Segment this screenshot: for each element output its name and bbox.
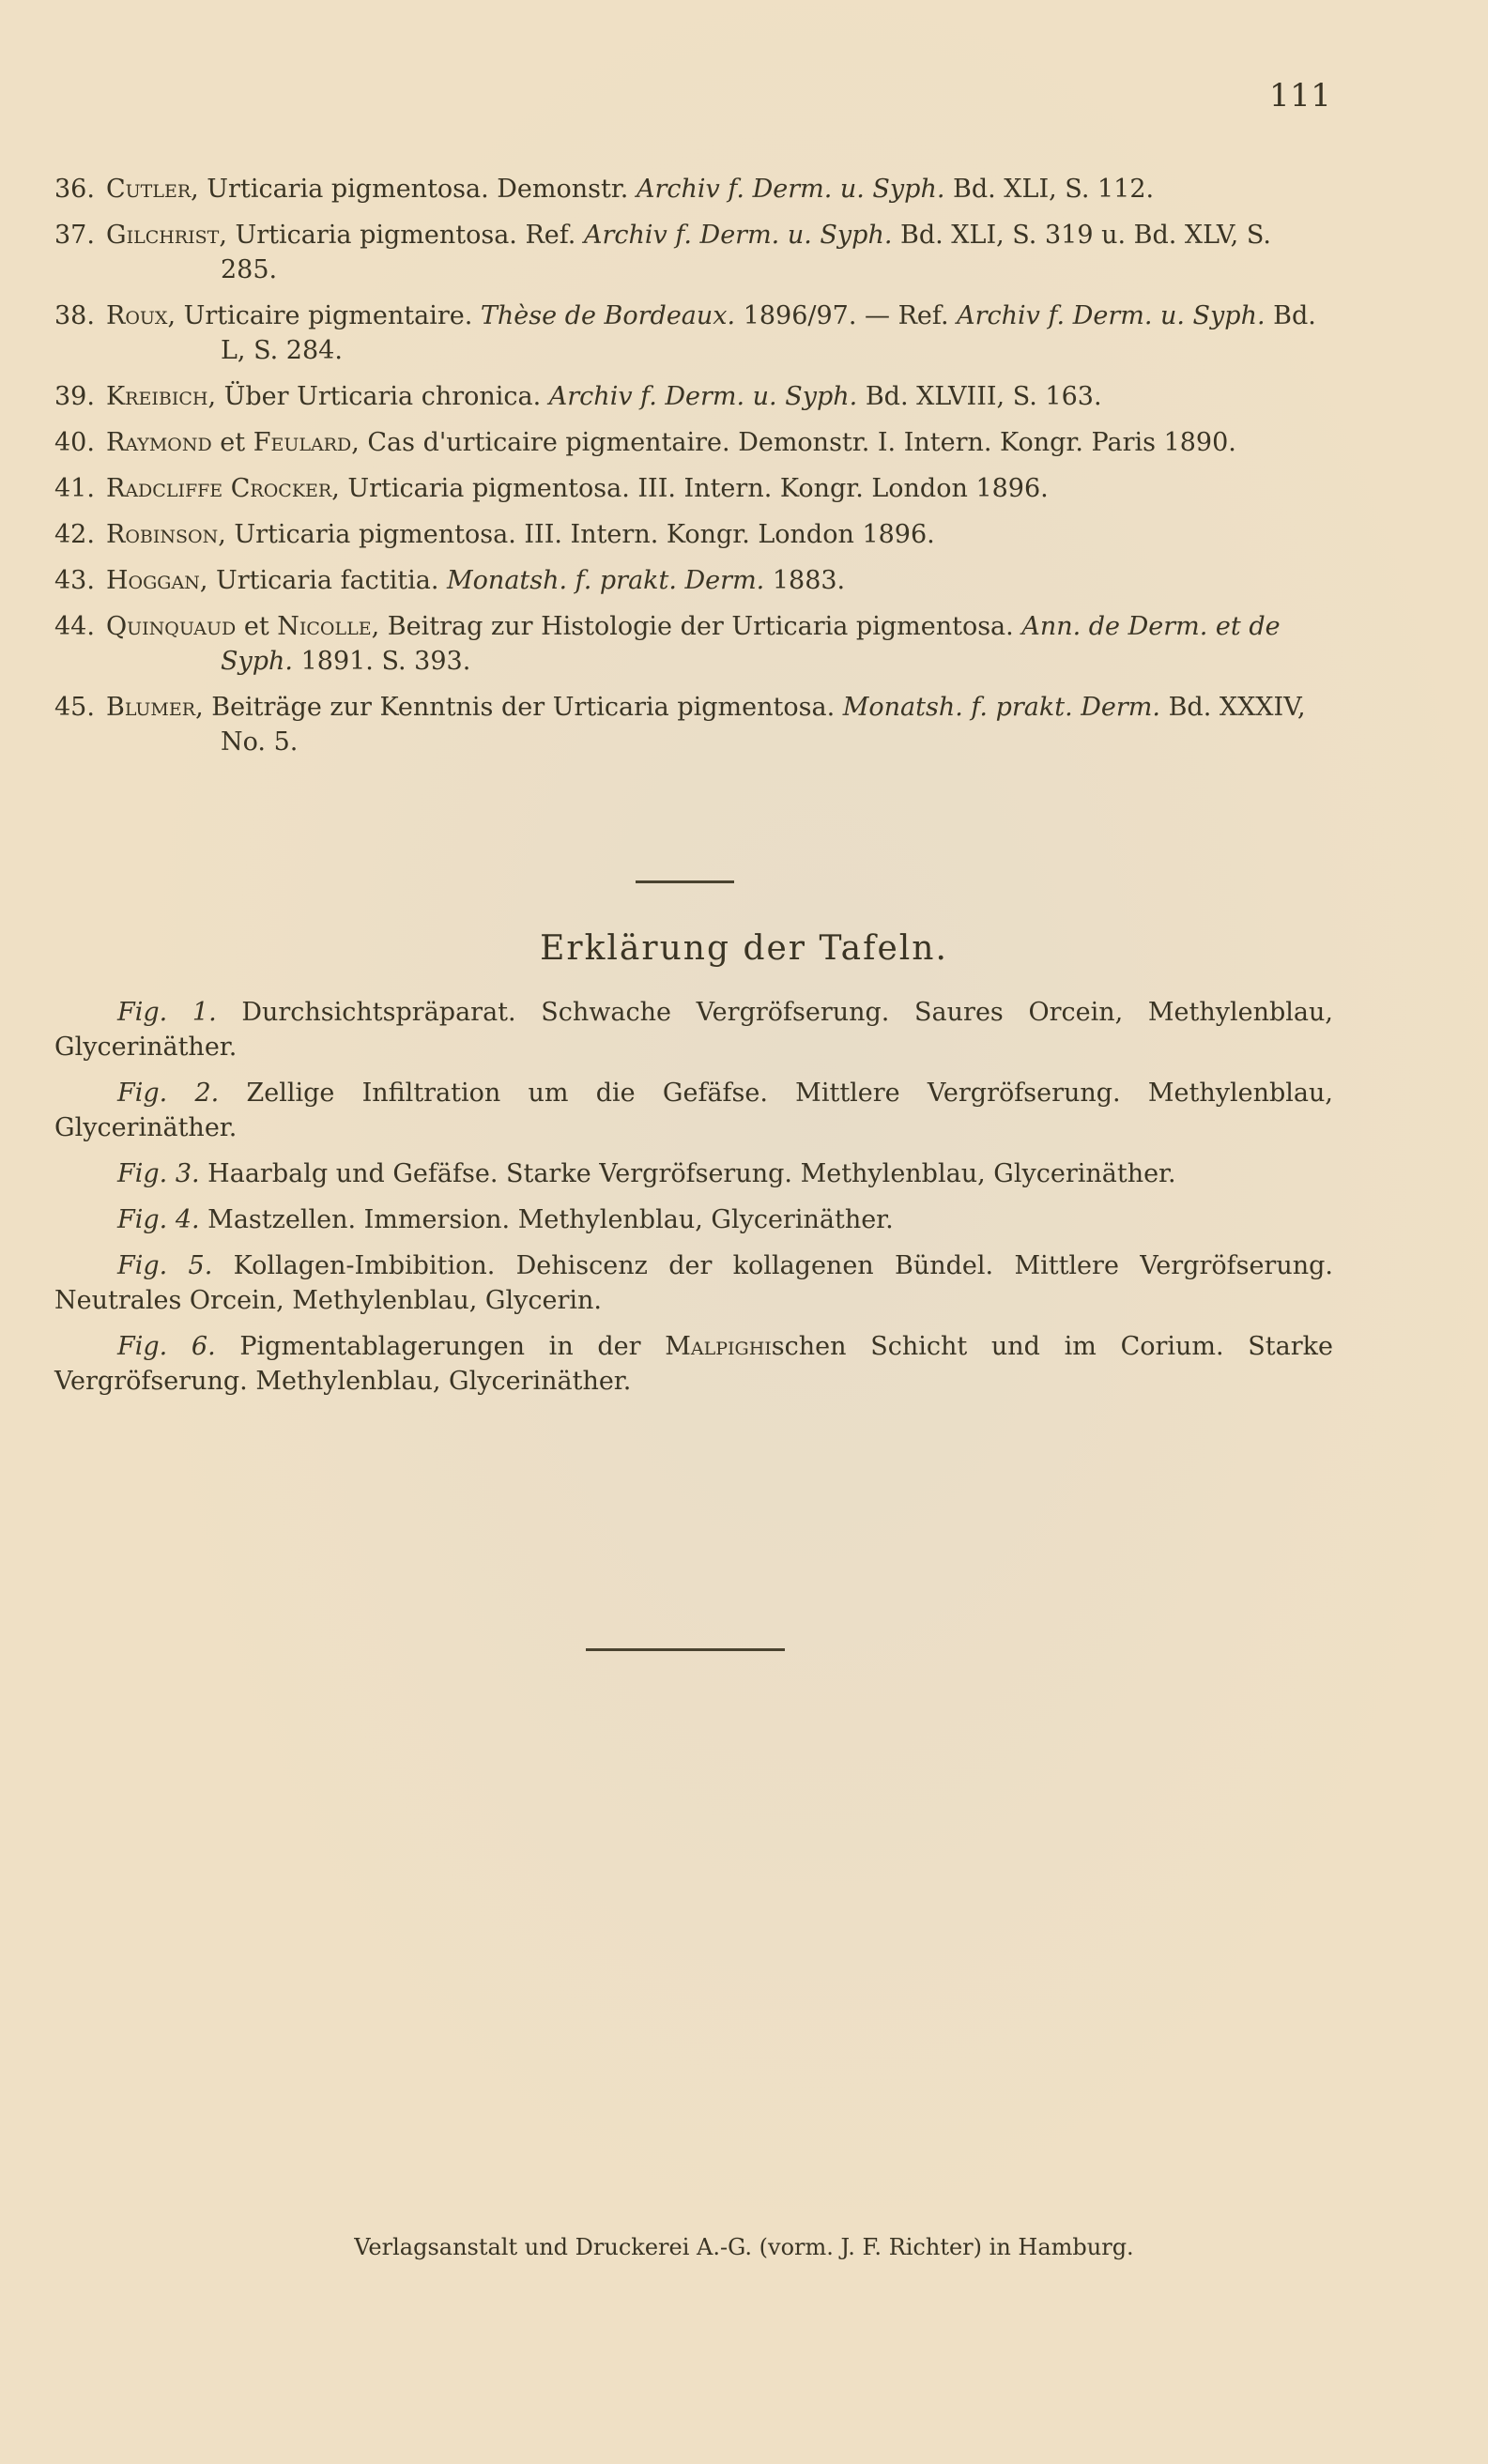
author: Quinquaud (106, 612, 236, 641)
journal: Archiv f. Derm. u. Syph. (637, 175, 944, 204)
journal: Monatsh. f. prakt. Derm. (843, 693, 1160, 722)
printer-imprint: Verlagsanstalt und Druckerei A.-G. (vorm… (0, 2234, 1488, 2260)
reference-item: 45.Blumer, Beiträge zur Kenntnis der Urt… (54, 690, 1331, 759)
author: Robinson (106, 520, 218, 549)
reference-item: 43.Hoggan, Urticaria factitia. Monatsh. … (54, 563, 1331, 598)
eponym: Malpighi (665, 1332, 772, 1361)
figure-legend: Fig. 3. Haarbalg und Gefäfse. Starke Ver… (54, 1156, 1333, 1191)
author: Roux (106, 301, 167, 330)
author: Radcliffe Crocker (106, 474, 331, 503)
author: Cutler (106, 175, 191, 204)
reference-item: 41.Radcliffe Crocker, Urticaria pigmento… (54, 471, 1331, 506)
end-divider-long (586, 1648, 785, 1651)
figure-legend: Fig. 5. Kollagen-Imbibition. Dehiscenz d… (54, 1248, 1333, 1318)
journal: Archiv f. Derm. u. Syph. (957, 301, 1265, 330)
reference-item: 44.Quinquaud et Nicolle, Beitrag zur His… (54, 609, 1331, 679)
figure-label: Fig. 1. (117, 998, 217, 1027)
reference-list: 36.Cutler, Urticaria pigmentosa. Demonst… (54, 172, 1331, 771)
section-divider-short (636, 880, 734, 883)
author: Raymond (106, 428, 212, 457)
reference-item: 36.Cutler, Urticaria pigmentosa. Demonst… (54, 172, 1331, 207)
reference-item: 40.Raymond et Feulard, Cas d'urticaire p… (54, 425, 1331, 460)
figure-legend: Fig. 6. Pigmentablagerungen in der Malpi… (54, 1329, 1333, 1399)
author: Kreibich (106, 382, 207, 411)
figure-legend-list: Fig. 1. Durchsichtspräparat. Schwache Ve… (54, 995, 1333, 1410)
journal: Archiv f. Derm. u. Syph. (549, 382, 857, 411)
figure-legend: Fig. 2. Zellige Infiltration um die Gefä… (54, 1076, 1333, 1145)
figure-label: Fig. 4. (117, 1205, 200, 1234)
figure-label: Fig. 5. (117, 1251, 212, 1280)
journal: Archiv f. Derm. u. Syph. (584, 221, 892, 250)
figure-legend: Fig. 4. Mastzellen. Immersion. Methylenb… (54, 1202, 1333, 1237)
reference-item: 39.Kreibich, Über Urticaria chronica. Ar… (54, 379, 1331, 414)
section-heading: Erklärung der Tafeln. (0, 929, 1488, 968)
page-number: 111 (1269, 77, 1331, 115)
author: Nicolle (277, 612, 371, 641)
journal: Monatsh. f. prakt. Derm. (447, 566, 764, 595)
figure-label: Fig. 3. (117, 1159, 200, 1188)
figure-label: Fig. 6. (117, 1332, 216, 1361)
figure-legend: Fig. 1. Durchsichtspräparat. Schwache Ve… (54, 995, 1333, 1064)
reference-item: 37.Gilchrist, Urticaria pigmentosa. Ref.… (54, 218, 1331, 287)
author: Gilchrist (106, 221, 219, 250)
author: Feulard (253, 428, 352, 457)
figure-label: Fig. 2. (117, 1079, 219, 1108)
author: Hoggan (106, 566, 200, 595)
reference-item: 38.Roux, Urticaire pigmentaire. Thèse de… (54, 298, 1331, 368)
reference-item: 42.Robinson, Urticaria pigmentosa. III. … (54, 517, 1331, 552)
author: Blumer (106, 693, 195, 722)
journal: Thèse de Bordeaux. (481, 301, 735, 330)
